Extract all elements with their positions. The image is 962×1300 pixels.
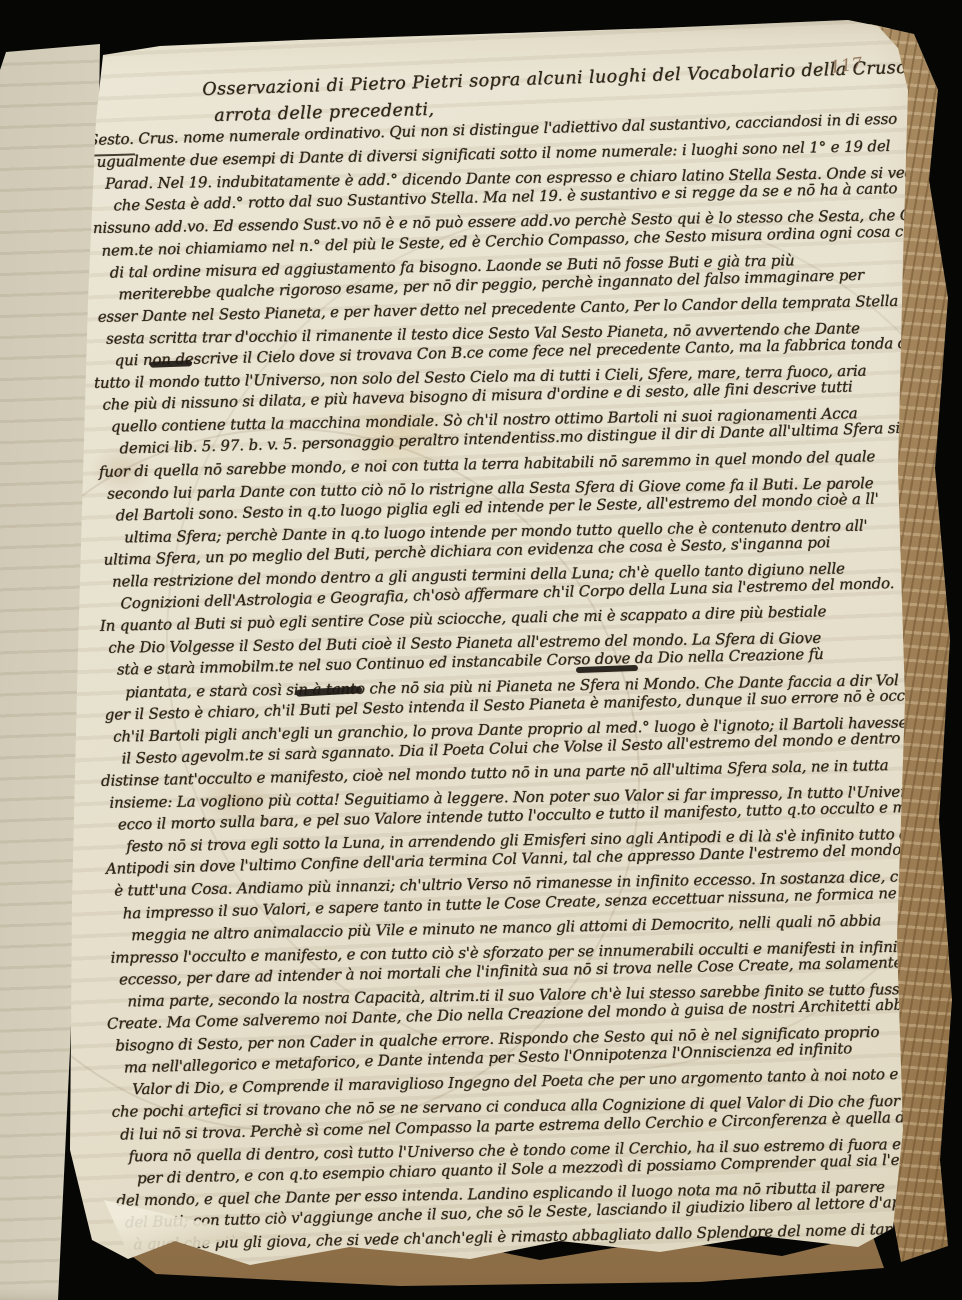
body-text: Sesto. Crus. nome numerale ordinativo. Q… [88, 115, 929, 1261]
manuscript-page: Osservazioni di Pietro Pietri sopra alcu… [0, 0, 962, 1300]
page-number: 117 [829, 54, 864, 78]
